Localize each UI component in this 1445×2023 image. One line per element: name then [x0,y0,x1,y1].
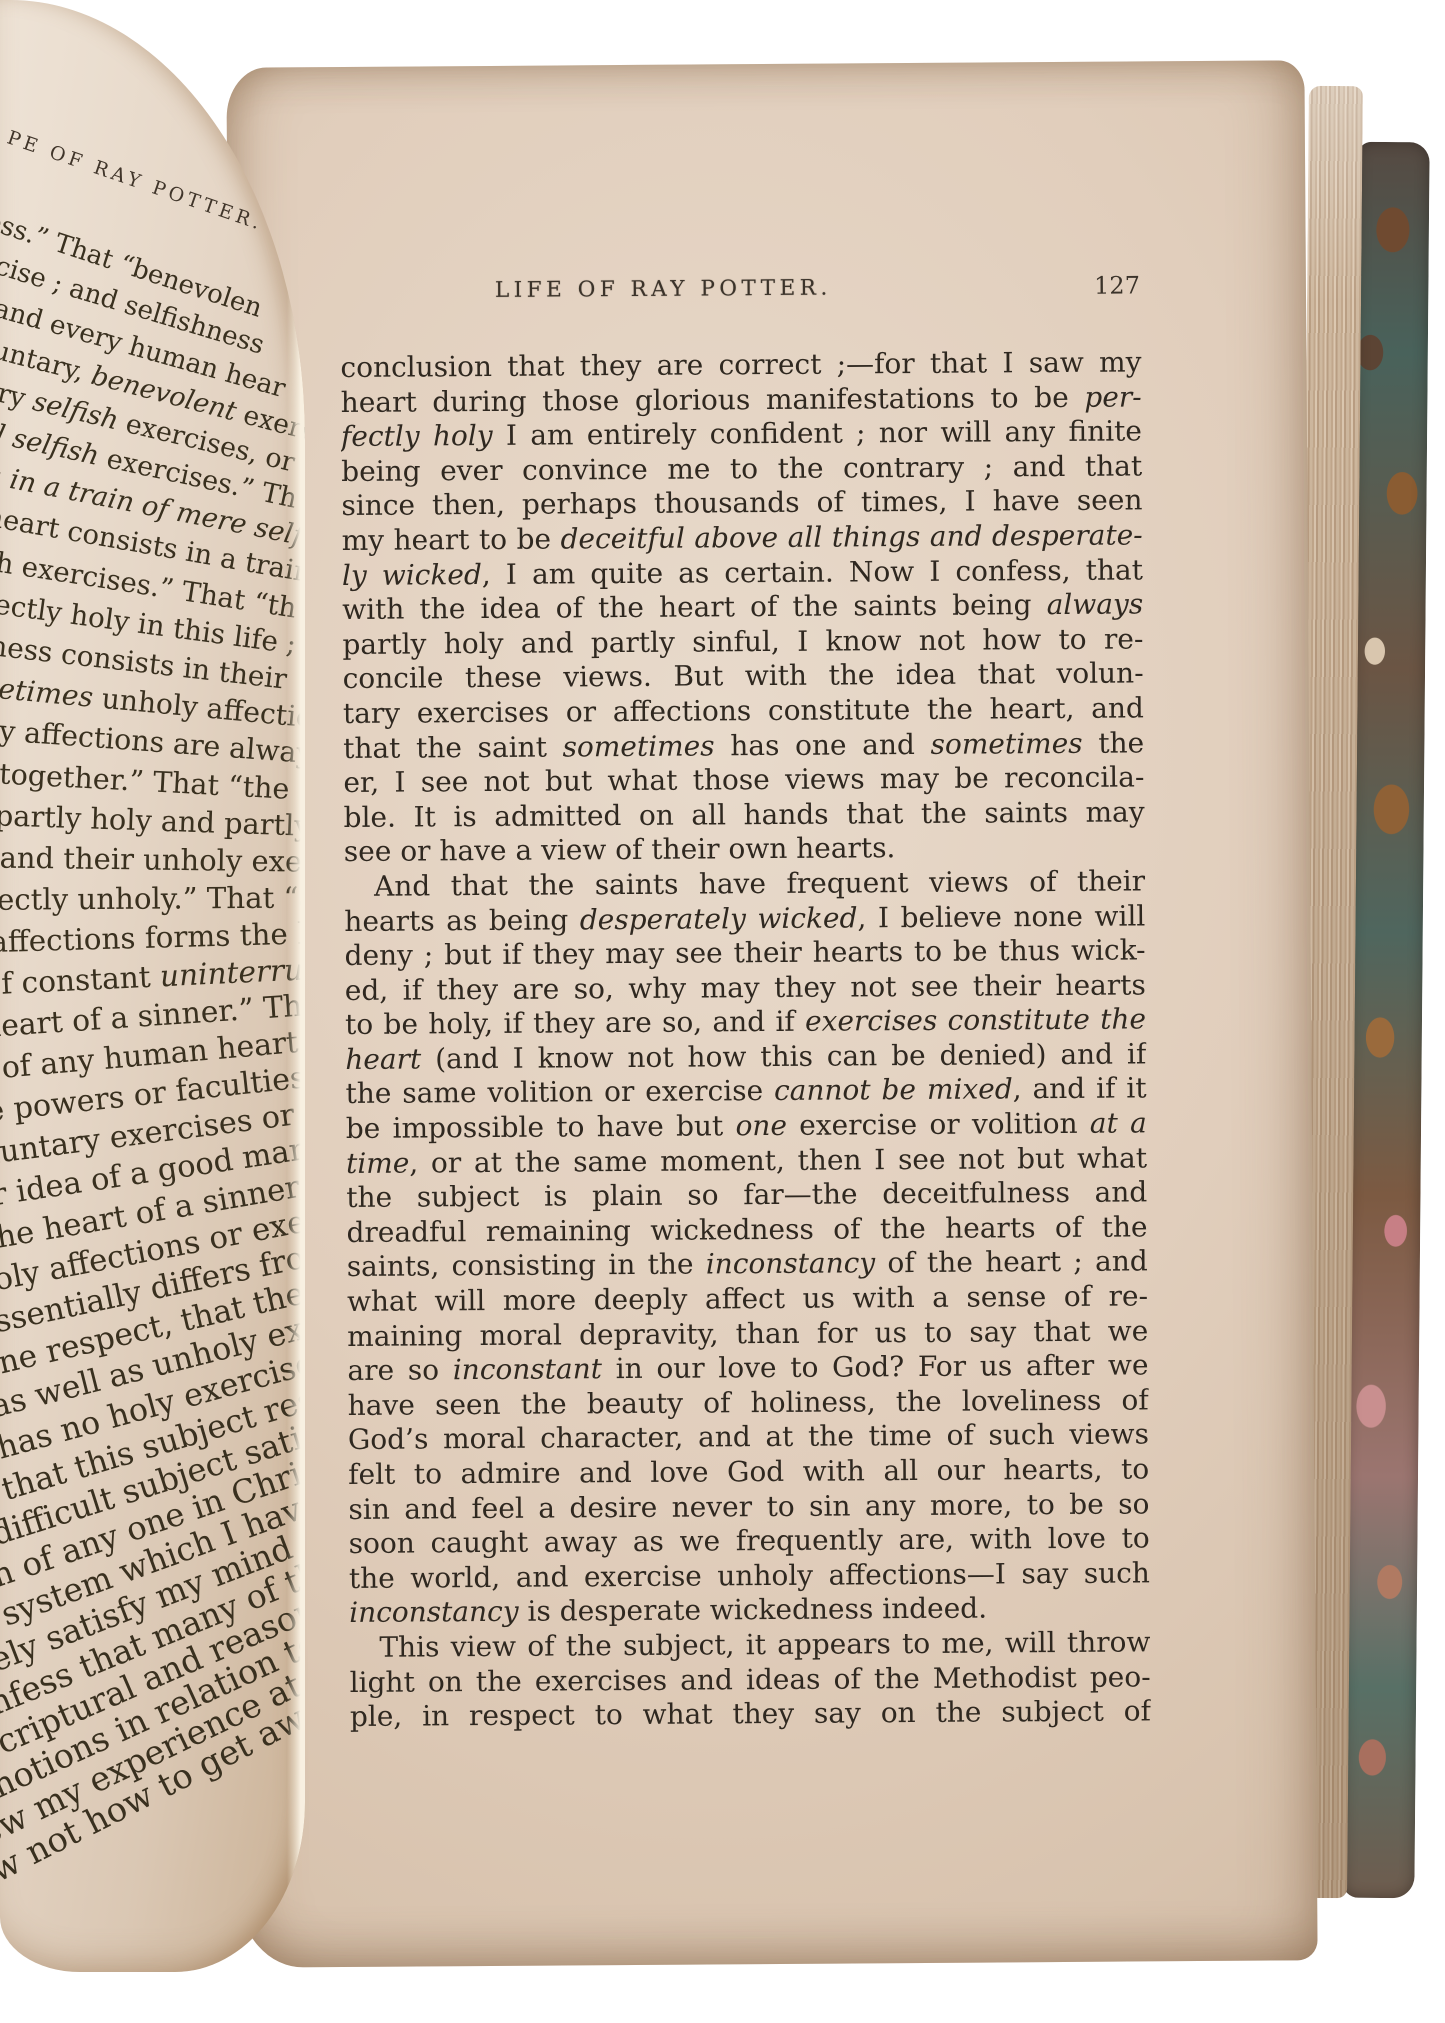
right-page: LIFE OF RAY POTTER. 127 conclusion that … [226,60,1317,1967]
text-line: saints, consisting in the inconstancy of… [347,1245,1148,1285]
text-line: concile these views. But with the idea t… [343,657,1144,697]
text-line: inconstancy is desperate wickedness inde… [349,1591,1150,1631]
text-line: what will more deeply affect us with a s… [347,1279,1148,1319]
text-line: time, or at the same moment, then I see … [346,1141,1147,1181]
left-page: PE OF RAY POTTER. hness.” That “benevole… [0,0,305,1972]
text-line: have seen the beauty of holiness, the lo… [348,1383,1149,1423]
text-line: dreadful remaining wickedness of the hea… [346,1210,1147,1250]
page-number: 127 [1094,271,1140,299]
text-line: that the saint sometimes has one and som… [343,726,1144,766]
text-line: light on the exercises and ideas of the … [350,1660,1151,1700]
text-line: to be holy, if they are so, and if exerc… [345,1003,1146,1043]
text-line: the same volition or exercise cannot be … [345,1072,1146,1112]
text-line: And that the saints have frequent views … [344,864,1145,904]
left-page-text-fragment: ly affections forms the hear [0,915,305,960]
text-line: maining moral depravity, than for us to … [347,1314,1148,1354]
text-line: since then, perhaps thousands of times, … [341,484,1142,524]
text-line: sin and feel a desire never to sin any m… [348,1487,1149,1527]
text-line: This view of the subject, it appears to … [349,1625,1150,1665]
text-line: being ever convince me to the contrary ;… [341,449,1142,489]
text-line: the world, and exercise unholy affection… [349,1556,1150,1596]
left-page-text-fragment: y ; and their unholy exercis [0,840,305,879]
text-line: see or have a view of their own hearts. [344,830,1145,870]
text-line: felt to admire and love God with all our… [348,1452,1149,1492]
text-line: ple, in respect to what they say on the … [350,1695,1151,1735]
text-line: er, I see not but what those views may b… [343,761,1144,801]
left-page-running-title: PE OF RAY POTTER. [4,127,266,236]
text-line: ble. It is admitted on all hands that th… [344,795,1145,835]
text-line: soon caught away as we frequently are, w… [349,1522,1150,1562]
text-line: are so inconstant in our love to God? Fo… [347,1349,1148,1389]
text-line: heart during those glorious manifestatio… [341,380,1142,420]
text-line: hearts as being desperately wicked, I be… [344,899,1145,939]
text-line: the subject is plain so far—the deceitfu… [346,1176,1147,1216]
text-line: heart (and I know not how this can be de… [345,1037,1146,1077]
text-line: conclusion that they are correct ;—for t… [340,345,1141,385]
main-text: conclusion that they are correct ;—for t… [340,345,1151,1734]
text-line: with the idea of the heart of the saints… [342,588,1143,628]
text-line: tary exercises or affections constitute … [343,691,1144,731]
text-line: be impossible to have but one exercise o… [346,1106,1147,1146]
book-photo: LIFE OF RAY POTTER. 127 conclusion that … [0,0,1445,2023]
left-page-text-fragment: erfectly unholy.” That “a [0,880,305,917]
running-title: LIFE OF RAY POTTER. [495,276,832,303]
text-line: ed, if they are so, why may they not see… [345,968,1146,1008]
text-line: partly holy and partly sinful, I know no… [342,622,1143,662]
page-header: LIFE OF RAY POTTER. 127 [228,272,1306,312]
text-line: deny ; but if they may see their hearts … [344,933,1145,973]
text-line: my heart to be deceitful above all thing… [342,518,1143,558]
text-line: God’s moral character, and at the time o… [348,1418,1149,1458]
text-line: ly wicked, I am quite as certain. Now I … [342,553,1143,593]
text-line: fectly holy I am entirely confident ; no… [341,415,1142,455]
